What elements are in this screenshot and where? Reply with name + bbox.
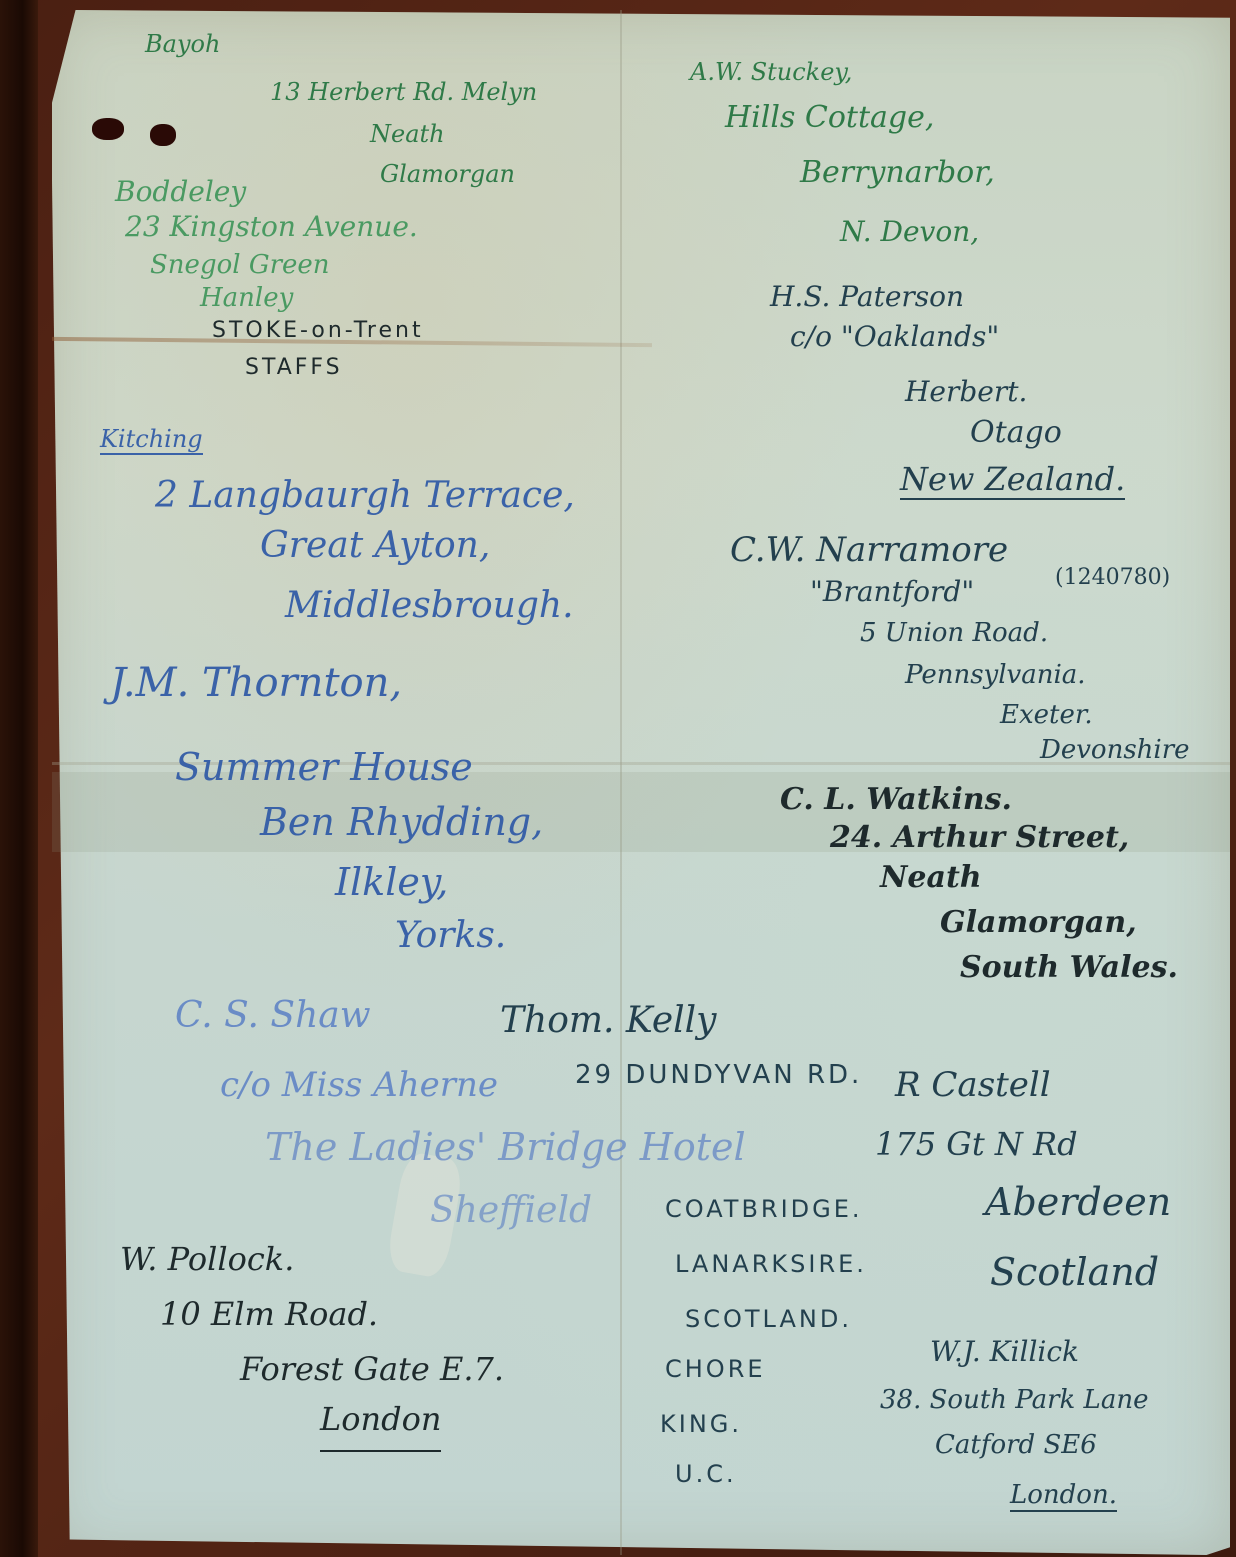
entry-name: A.W. Stuckey, [690,58,852,86]
service-number: (1240780) [1055,565,1170,590]
entry-line: 38. South Park Lane [880,1385,1148,1415]
entry-line: Hills Cottage, [725,100,934,135]
entry-line: COATBRIDGE. [665,1195,863,1223]
table-surface [0,0,38,1557]
entry-line: Summer House [175,745,473,789]
entry-line: 5 Union Road. [860,618,1048,648]
entry-line: 2 Langbaurgh Terrace, [155,475,575,516]
entry-line: Devonshire [1040,735,1190,765]
entry-line: Ben Rhydding, [260,800,543,844]
entry-line: 24. Arthur Street, [830,820,1129,855]
entry-line: Sheffield [430,1190,592,1231]
entry-line: Glamorgan, [940,905,1137,940]
entry-name: Kitching [100,425,203,455]
vertical-fold [620,10,622,1555]
entry-line: Exeter. [1000,700,1093,730]
entry-name: H.S. Paterson [770,280,964,313]
entry-line: "Brantford" [810,575,974,608]
entry-line: Great Ayton, [260,525,490,566]
entry-line: Berrynarbor, [800,155,995,190]
entry-name: Thom. Kelly [500,1000,717,1041]
burn-hole [150,124,176,146]
entry-line: 13 Herbert Rd. Melyn [270,78,537,106]
burn-hole [92,118,124,140]
entry-line: Neath [370,120,445,148]
entry-line: c/o "Oaklands" [790,320,999,353]
entry-line: Forest Gate E.7. [240,1350,504,1388]
entry-line: STAFFS [245,355,343,380]
entry-line: London [320,1400,441,1452]
entry-line: Otago [970,415,1062,450]
entry-name: Boddeley [115,175,246,208]
entry-line: 29 DUNDYVAN RD. [575,1060,862,1090]
entry-line: LANARKSIRE. [675,1250,867,1278]
entry-line: 175 Gt N Rd [875,1125,1078,1163]
entry-line: U.C. [675,1460,737,1488]
entry-line: Scotland [990,1250,1159,1294]
entry-line: Middlesbrough. [285,585,574,626]
entry-line: London. [1010,1480,1117,1512]
entry-name: R Castell [895,1065,1051,1105]
entry-name: J.M. Thornton, [110,660,402,706]
entry-line: New Zealand. [900,460,1125,500]
entry-line: Yorks. [395,915,506,956]
entry-line: 23 Kingston Avenue. [125,210,418,243]
entry-line: Ilkley, [335,860,448,904]
entry-line: N. Devon, [840,215,979,248]
entry-line: CHORE [665,1355,766,1383]
entry-line: SCOTLAND. [685,1305,852,1333]
entry-line: Aberdeen [985,1180,1171,1224]
entry-name: C. S. Shaw [175,995,371,1036]
entry-line: c/o Miss Aherne [220,1065,498,1105]
entry-name: C.W. Narramore [730,530,1008,570]
entry-line: Hanley [200,283,293,313]
entry-line: STOKE-on-Trent [212,318,424,343]
entry-name: Bayoh [145,30,220,58]
entry-name: W. Pollock. [120,1240,294,1278]
entry-line: Neath [880,860,982,895]
entry-line: Glamorgan [380,160,515,188]
entry-line: KING. [660,1410,742,1438]
entry-line: The Ladies' Bridge Hotel [265,1125,746,1169]
entry-line: Catford SE6 [935,1430,1097,1460]
entry-line: Herbert. [905,375,1027,408]
entry-line: Pennsylvania. [905,660,1086,690]
entry-name: C. L. Watkins. [780,782,1012,817]
entry-line: South Wales. [960,950,1178,985]
entry-name: W.J. Killick [930,1335,1079,1368]
entry-line: 10 Elm Road. [160,1295,378,1333]
entry-line: Snegol Green [150,250,330,280]
